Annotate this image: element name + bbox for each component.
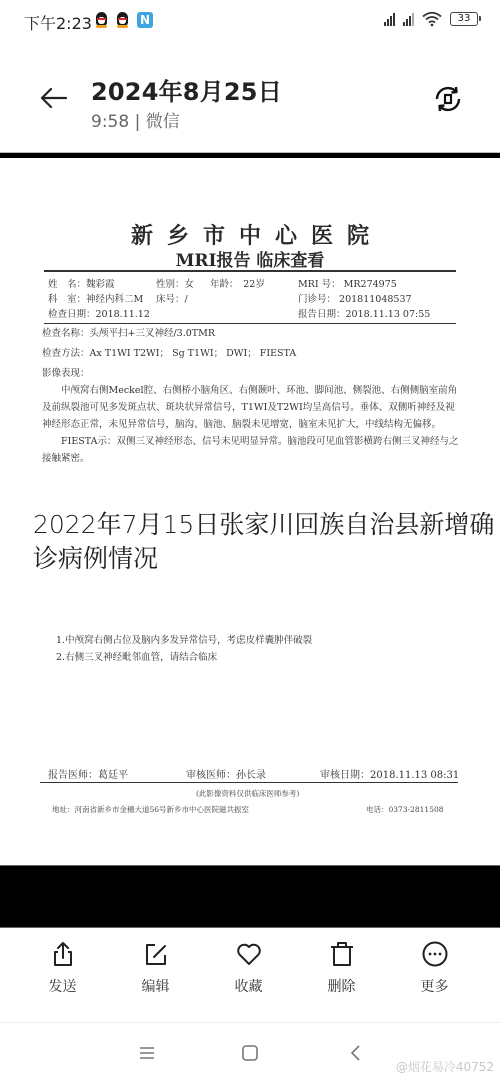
review-doctor: 审核医师：孙长录 [186,766,266,781]
status-bar: 下午2:23 N 33 [0,0,500,45]
n-app-icon: N [137,12,153,28]
battery-icon: 33 [450,12,478,26]
status-time: 下午2:23 [24,11,92,34]
action-bar: 发送 编辑 收藏 删除 更多 [0,940,500,1010]
edit-icon [142,940,170,968]
page-title: 2024年8月25日 [91,72,282,107]
qq-icon [116,12,129,28]
address: 地址：河南省新乡市金穗大道56号新乡市中心医院磁共振室 [52,804,249,815]
exam-name: 检查名称：头颅平扫+三叉神经/3.0TMR [42,325,462,342]
exam-method: 检查方法：Ax T1WI T2WI； Sg T1WI； DWI； FIESTA [42,345,462,362]
review-date: 审核日期：2018.11.13 08:31 [320,766,459,781]
overlay-caption: 2022年7月15日张家川回族自治县新增确诊病例情况 [33,508,500,576]
patient-name: 姓 名：魏彩霞 [48,276,115,290]
exam-date: 检查日期：2018.11.12 [48,306,150,320]
delete-button[interactable]: 删除 [295,940,388,1010]
patient-age: 年龄： 22岁 [210,276,265,290]
impressions: 1.中颅窝右侧占位及脑内多发异常信号，考虑皮样囊肿伴破裂 2.右侧三叉神经毗邻血… [56,632,476,666]
delete-label: 删除 [328,976,356,996]
report-title: MRI报告 临床查看 [0,246,500,271]
send-label: 发送 [49,976,77,996]
wifi-icon [422,11,442,27]
favorite-label: 收藏 [235,976,263,996]
battery-level: 33 [458,13,471,24]
mri-number: MRI 号： MR274975 [298,276,397,290]
report-date: 报告日期：2018.11.13 07:55 [298,306,430,320]
back-icon[interactable] [346,1043,366,1063]
footnote: (此影像资料仅供临床医师参考) [196,788,299,799]
findings-label: 影像表现： [42,365,462,382]
department: 科 室：神经内科二M [48,291,143,305]
menu-icon[interactable] [137,1043,157,1063]
qq-icon [95,12,108,28]
signal-icon [403,12,414,26]
heart-icon [235,940,263,968]
bed-number: 床号：/ [156,291,188,305]
divider [44,323,456,324]
share-icon [49,940,77,968]
impression-item: 2.右侧三叉神经毗邻血管，请结合临床 [56,649,476,666]
patient-gender: 性别：女 [156,276,194,290]
clinic-number: 门诊号： 201811048537 [298,291,412,305]
watermark: @烟花易冷40752 [396,1058,494,1075]
findings-paragraph: 中颅窝右侧Meckel腔、右侧桥小脑角区、右侧颞叶、环池、脚间池、侧裂池、右侧侧… [42,382,462,433]
trash-icon [328,940,356,968]
header: 2024年8月25日 9:58 | 微信 [0,50,500,150]
send-button[interactable]: 发送 [16,940,109,1010]
page-subtitle: 9:58 | 微信 [91,107,180,132]
report-body: 检查名称：头颅平扫+三叉神经/3.0TMR 检查方法：Ax T1WI T2WI；… [42,325,462,467]
divider [44,270,456,272]
image-border-bottom [0,865,500,928]
notification-icons: N [95,12,153,28]
arrow-left-icon[interactable] [36,80,72,116]
edit-button[interactable]: 编辑 [109,940,202,1010]
more-label: 更多 [421,976,449,996]
favorite-button[interactable]: 收藏 [202,940,295,1010]
impression-item: 1.中颅窝右侧占位及脑内多发异常信号，考虑皮样囊肿伴破裂 [56,632,476,649]
phone: 电话：0373-2811508 [366,804,444,815]
rotate-icon[interactable] [432,83,464,115]
report-doctor: 报告医师：葛廷平 [48,766,128,781]
more-button[interactable]: 更多 [388,940,481,1010]
home-icon[interactable] [240,1043,260,1063]
findings-paragraph: FIESTA示：双侧三叉神经形态、信号未见明显异常。脑池段可见血管影横跨右侧三叉… [42,433,462,467]
edit-label: 编辑 [142,976,170,996]
more-icon [421,940,449,968]
system-icons: 33 [384,11,478,27]
signal-icon [384,12,395,26]
divider [40,782,458,783]
